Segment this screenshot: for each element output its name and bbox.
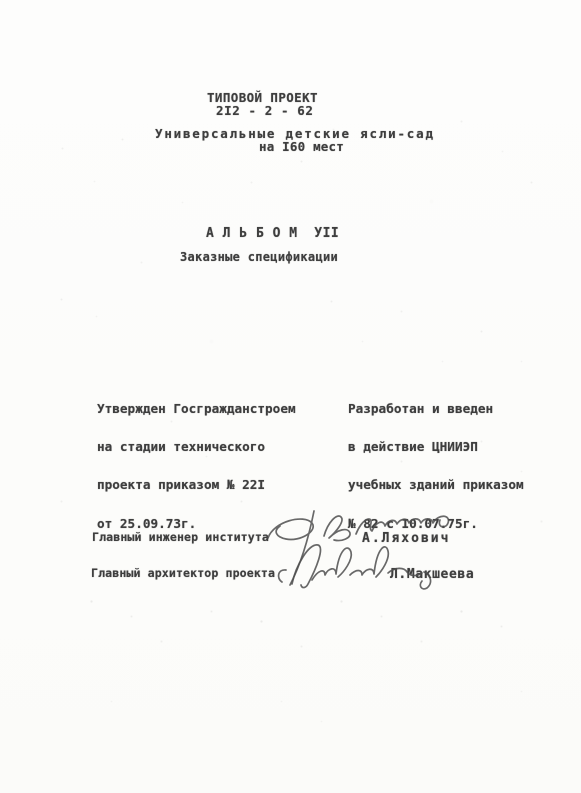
album-title: А Л Ь Б О М УII	[206, 226, 339, 241]
approval-right-line: в действие ЦНИИЭП	[348, 441, 524, 454]
album-subtitle: Заказные спецификации	[180, 250, 338, 264]
approval-right-line: № 82 с I0.07.75г.	[348, 518, 524, 531]
scan-noise-overlay	[0, 0, 1, 1]
project-subtitle-line2: на I60 мест	[259, 139, 344, 154]
approval-left-line: на стадии технического	[97, 441, 296, 454]
approval-left-line: Утвержден Госгражданстроем	[97, 403, 296, 416]
approval-left-line: от 25.09.73г.	[97, 518, 296, 531]
signature-role-chief-engineer: Главный инженер института	[92, 530, 269, 544]
approval-right-block: Разработан и введен в действие ЦНИИЭП уч…	[348, 377, 524, 556]
approval-left-line: проекта приказом № 22I	[97, 479, 296, 492]
approval-right-line: учебных зданий приказом	[348, 479, 524, 492]
scanned-document-page: ТИПОВОЙ ПРОЕКТ 2I2 - 2 - 62 Универсальны…	[0, 0, 581, 793]
signature-role-chief-architect: Главный архитектор проекта	[91, 566, 275, 580]
project-number: 2I2 - 2 - 62	[216, 103, 314, 118]
approval-right-line: Разработан и введен	[348, 403, 524, 416]
signature-name-chief-architect: Л.Макшеева	[390, 567, 474, 582]
signature-name-chief-engineer: А.Ляхович	[362, 531, 450, 546]
